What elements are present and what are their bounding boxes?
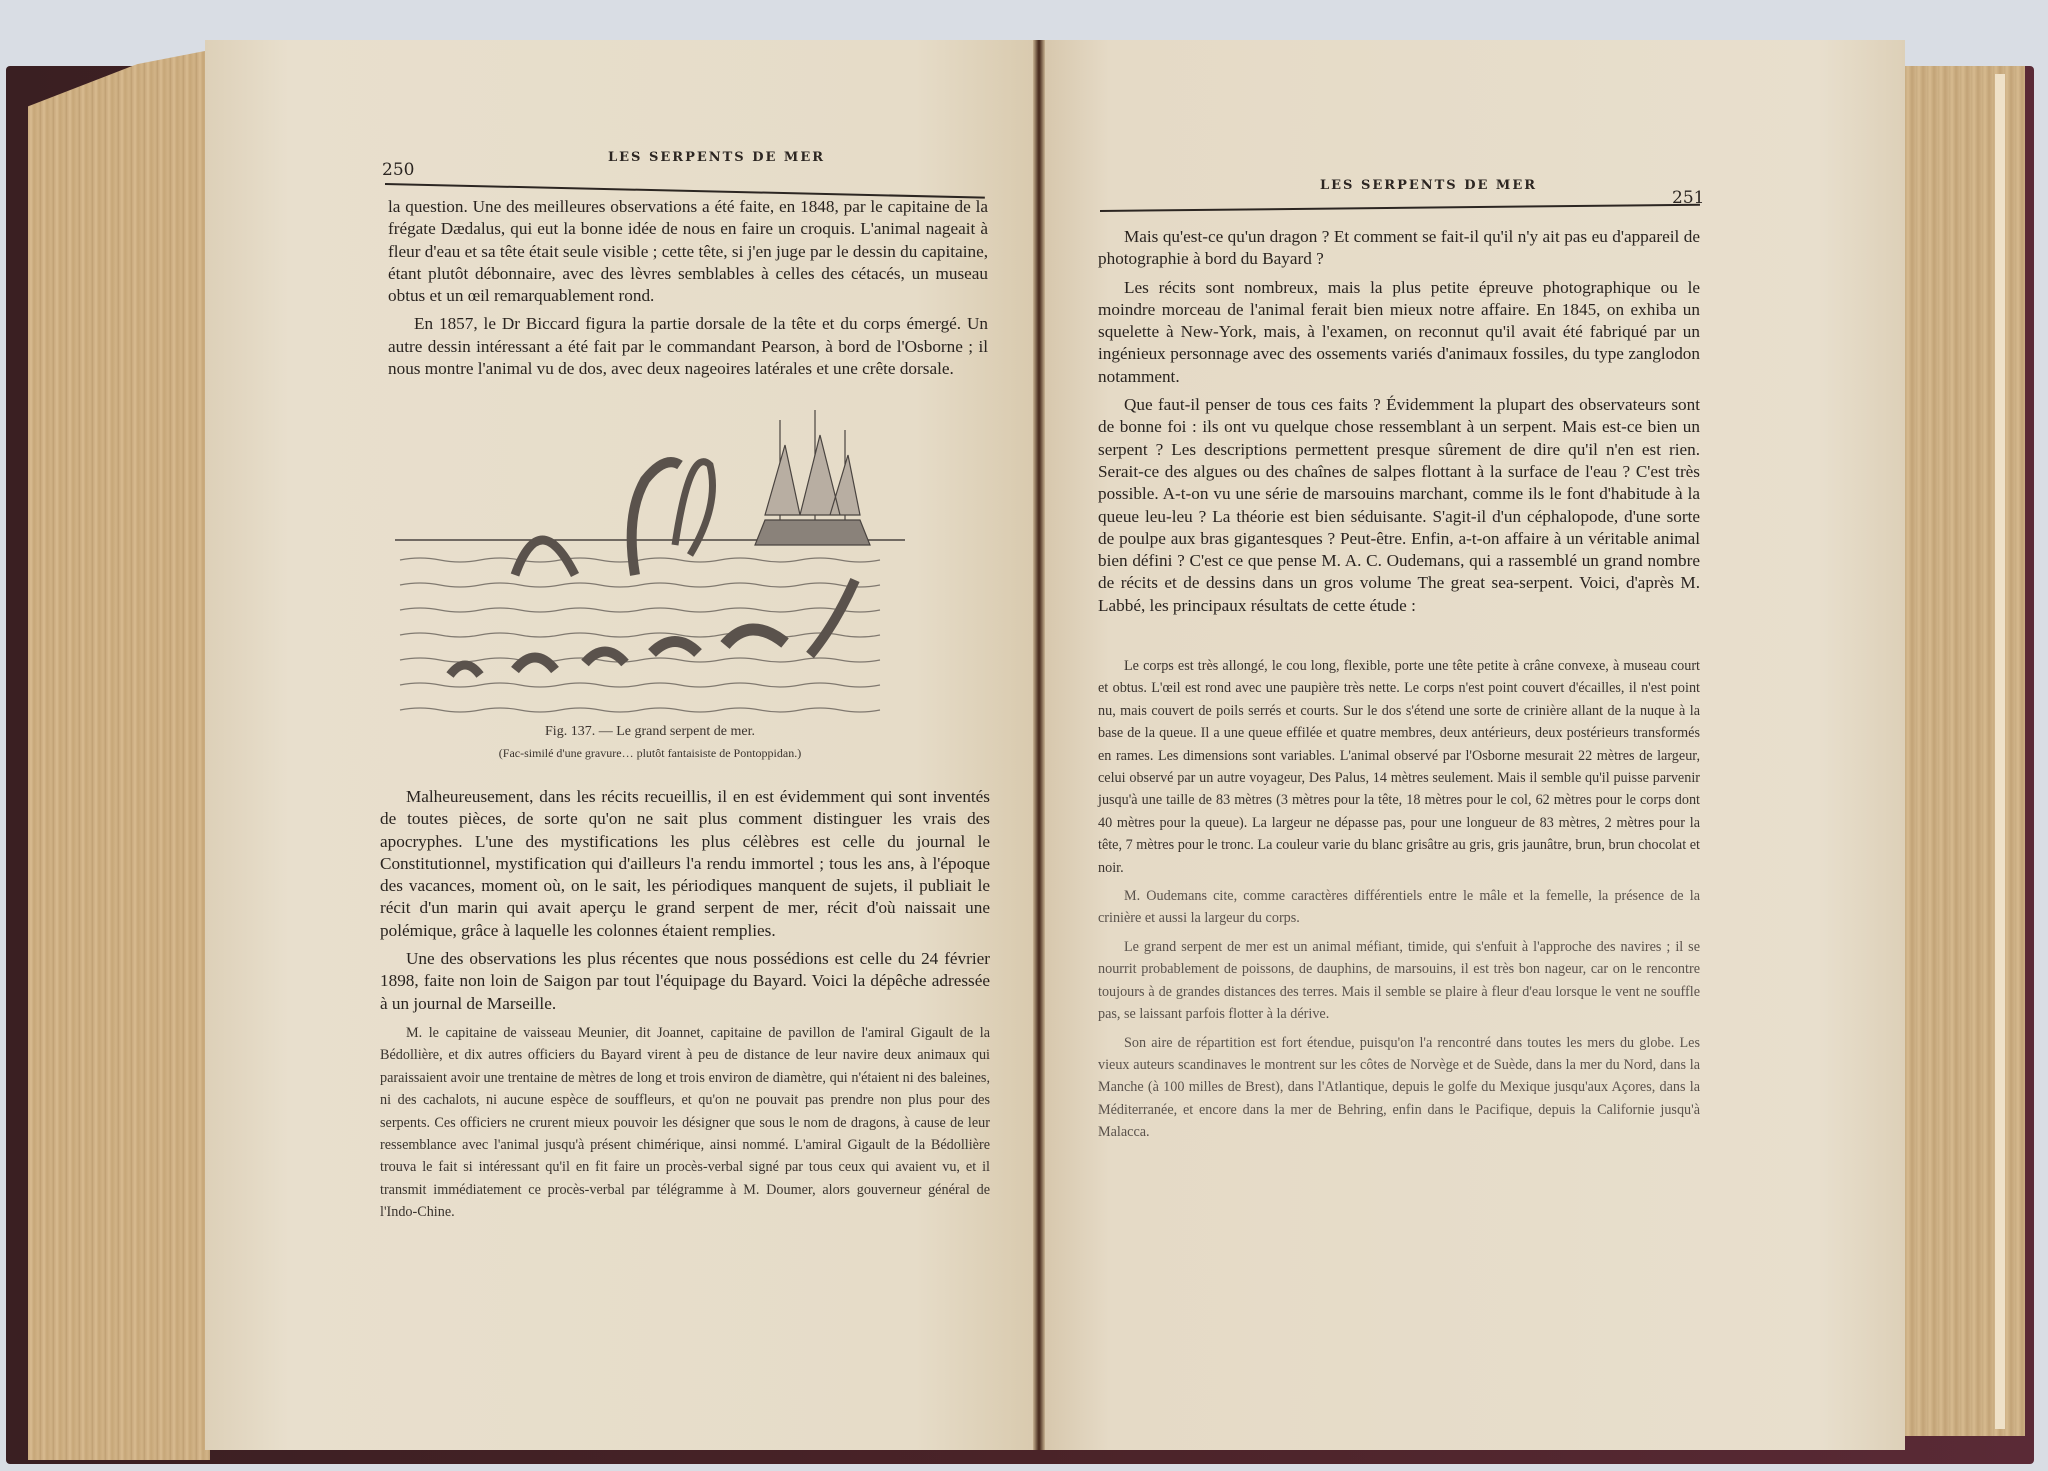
running-head-left: LES SERPENTS DE MER xyxy=(608,150,825,165)
paragraph: M. Oudemans cite, comme caractères diffé… xyxy=(1098,885,1700,930)
figure-subcaption: (Fac-similé d'une gravure… plutôt fantai… xyxy=(390,746,910,761)
quoted-dispatch: M. le capitaine de vaisseau Meunier, dit… xyxy=(380,1022,990,1230)
paragraph: Une des observations les plus récentes q… xyxy=(380,948,990,1015)
figure-caption: Fig. 137. — Le grand serpent de mer. xyxy=(390,724,910,740)
page-edges-left xyxy=(28,50,210,1460)
paragraph: Son aire de répartition est fort étendue… xyxy=(1098,1032,1700,1144)
page-number-left: 250 xyxy=(382,160,414,180)
paragraph: Le corps est très allongé, le cou long, … xyxy=(1098,655,1700,879)
book-gutter xyxy=(1033,40,1045,1450)
left-text-bottom: Malheureusement, dans les récits recueil… xyxy=(380,786,990,1021)
sea-serpent-illustration xyxy=(390,395,910,730)
running-head-right: LES SERPENTS DE MER xyxy=(1320,178,1537,193)
sea-serpent-engraving xyxy=(390,395,910,730)
endpaper-edge xyxy=(1995,74,2005,1429)
right-text-summary: Le corps est très allongé, le cou long, … xyxy=(1098,655,1700,1150)
page-edges-right xyxy=(1905,66,2025,1436)
paragraph: Les récits sont nombreux, mais la plus p… xyxy=(1098,277,1700,388)
paragraph: Le grand serpent de mer est un animal mé… xyxy=(1098,936,1700,1026)
right-text-top: Mais qu'est-ce qu'un dragon ? Et comment… xyxy=(1098,226,1700,623)
paragraph: Que faut-il penser de tous ces faits ? É… xyxy=(1098,394,1700,617)
paragraph: Malheureusement, dans les récits recueil… xyxy=(380,786,990,942)
left-text-top: la question. Une des meilleures observat… xyxy=(388,196,988,386)
paragraph: M. le capitaine de vaisseau Meunier, dit… xyxy=(380,1022,990,1224)
paragraph: la question. Une des meilleures observat… xyxy=(388,196,988,307)
paragraph: Mais qu'est-ce qu'un dragon ? Et comment… xyxy=(1098,226,1700,271)
paragraph: En 1857, le Dr Biccard figura la partie … xyxy=(388,313,988,380)
